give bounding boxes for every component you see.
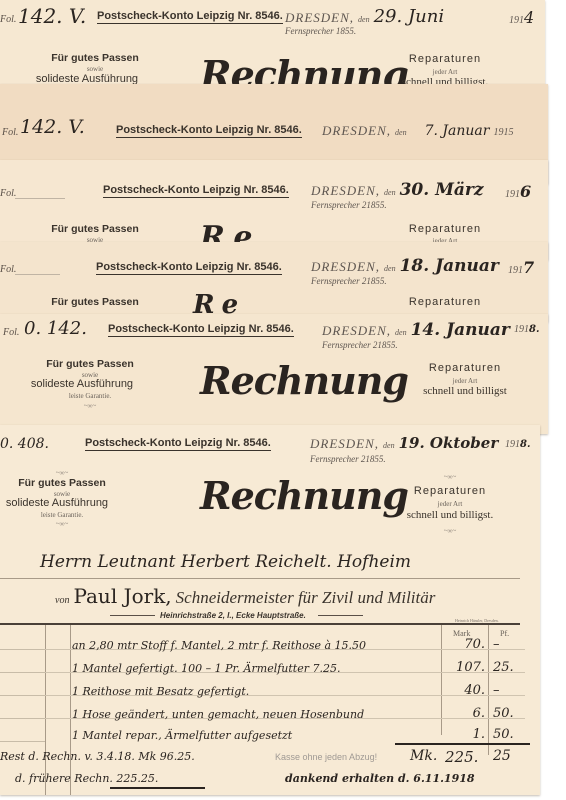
total-mark: 225. <box>445 748 478 766</box>
tagline-reparaturen: Reparaturen <box>380 296 510 308</box>
konto-header: Postscheck-Konto Leipzig Nr. 8546. <box>97 10 283 24</box>
year: 1916 <box>505 182 531 201</box>
konto-header: Postscheck-Konto Leipzig Nr. 8546. <box>116 124 302 138</box>
total-label: Mk. <box>410 748 437 764</box>
line-item-mark: 40. <box>455 683 485 698</box>
line-item-pf: – <box>493 683 500 698</box>
line-item-desc: 1 Mantel gefertigt. 100 – 1 Pr. Ärmelfut… <box>72 662 340 675</box>
tagline-reparaturen: Reparaturen <box>380 223 510 235</box>
tagline-passen: Für gutes Passen <box>30 52 160 64</box>
tagline-reparaturen: Reparaturen <box>400 362 530 374</box>
invoice-sheet-1918-january: Fol. 0. 142. Postscheck-Konto Leipzig Nr… <box>0 314 548 434</box>
line-item-mark: 1. <box>455 727 485 742</box>
handwritten-date: 18. Januar <box>400 256 499 276</box>
fol-label: Fol. <box>0 14 16 25</box>
ornament: ~∞~ <box>25 402 155 410</box>
tagline-schnell: schnell und billigst <box>400 385 530 397</box>
invoice-sheet-1914: Fol. 142. V. Postscheck-Konto Leipzig Nr… <box>0 0 545 96</box>
year: 1914 <box>509 8 534 27</box>
payment-terms-stamp: Kasse ohne jeden Abzug! <box>275 752 377 762</box>
handwritten-date: 30. März <box>400 180 484 200</box>
fol-label: Fol. <box>3 327 19 338</box>
tagline-garantie: leiste Garantie. <box>0 511 127 519</box>
year: 1917 <box>508 258 534 277</box>
tagline-passen: Für gutes Passen <box>30 223 160 235</box>
ornament: ~∞~ <box>385 473 515 481</box>
ornament: ~∞~ <box>0 469 127 477</box>
addressee: Herrn Leutnant Herbert Reichelt. Hofheim <box>40 552 411 572</box>
tagline-ausfuehrung: solideste Ausführung <box>17 378 147 390</box>
place-date-line: DRESDEN, den 19. Oktober <box>310 434 498 453</box>
merchant-line: von Paul Jork, Schneidermeister für Zivi… <box>55 584 435 608</box>
konto-header: Postscheck-Konto Leipzig Nr. 8546. <box>85 437 271 451</box>
tagline-passen: Für gutes Passen <box>30 296 160 308</box>
invoice-sheet-1917: Fol. Postscheck-Konto Leipzig Nr. 8546. … <box>0 242 548 322</box>
line-item-desc: 1 Hose geändert, unten gemacht, neuen Ho… <box>72 708 364 721</box>
tagline-reparaturen: Reparaturen <box>380 53 510 65</box>
line-item-pf: – <box>493 637 500 652</box>
telephone: Fernsprecher 21855. <box>310 454 386 464</box>
paid-receipt-note: dankend erhalten d. 6.11.1918 <box>285 772 475 785</box>
handwritten-date: 19. Oktober <box>399 434 499 452</box>
tagline-sowie: sowie <box>30 65 160 73</box>
place-date-line: DRESDEN, den 7. Januar 1915 <box>322 122 513 140</box>
merchant-trade: Schneidermeister für Zivil und Militär <box>176 588 436 607</box>
invoice-title: Rechnung <box>200 473 408 518</box>
invoice-title: Rechnung <box>200 358 408 403</box>
line-item-mark: 70. <box>455 637 485 652</box>
telephone: Fernsprecher 21855. <box>311 276 387 286</box>
year: 1918. <box>514 324 539 335</box>
tagline-garantie: leiste Garantie. <box>25 392 155 400</box>
line-item-pf: 50. <box>493 727 514 742</box>
tagline-reparaturen: Reparaturen <box>385 485 515 497</box>
telephone: Fernsprecher 1855. <box>285 26 356 36</box>
fol-number: 142. V. <box>20 116 85 138</box>
fol-number: 0. 408. <box>0 436 49 452</box>
konto-header: Postscheck-Konto Leipzig Nr. 8546. <box>103 184 289 198</box>
tagline-jeder-art: jeder Art <box>380 68 510 76</box>
tagline-jeder-art: jeder Art <box>400 377 530 385</box>
column-header-pf: Pf. <box>500 629 509 638</box>
tagline-schnell: schnell und billigst. <box>385 509 515 521</box>
invoice-sheet-1918-october: 0. 408. Postscheck-Konto Leipzig Nr. 854… <box>0 425 540 795</box>
handwritten-date: 29. Juni <box>374 6 445 27</box>
konto-header: Postscheck-Konto Leipzig Nr. 8546. <box>108 323 294 337</box>
merchant-name: Paul Jork, <box>73 584 171 608</box>
line-item-desc: 1 Reithose mit Besatz gefertigt. <box>72 685 249 698</box>
tagline-passen: Für gutes Passen <box>0 477 127 489</box>
telephone: Fernsprecher 21855. <box>322 340 398 350</box>
place-date-line: DRESDEN, den 14. Januar <box>322 320 510 340</box>
prior-invoice-note: d. frühere Rechn. 225.25. <box>15 772 158 785</box>
konto-header: Postscheck-Konto Leipzig Nr. 8546. <box>96 261 282 275</box>
line-item-desc: 1 Mantel repar., Ärmelfutter aufgesetzt <box>72 729 292 742</box>
handwritten-date: 14. Januar <box>411 320 510 340</box>
line-item-mark: 107. <box>450 660 485 675</box>
merchant-address: Heinrichstraße 2, I., Ecke Hauptstraße. <box>160 611 306 620</box>
year: 1918. <box>505 439 530 450</box>
place-date-line: DRESDEN, den 30. März <box>311 180 484 200</box>
line-item-desc: an 2,80 mtr Stoff f. Mantel, 2 mtr f. Re… <box>72 639 366 652</box>
fol-label: Fol. <box>0 188 16 199</box>
place-date-line: DRESDEN, den 29. Juni <box>285 6 444 27</box>
fol-label: Fol. <box>0 264 16 275</box>
handwritten-date: 7. Januar <box>425 123 490 139</box>
ornament: ~∞~ <box>385 527 515 535</box>
line-item-mark: 6. <box>455 706 485 721</box>
place-date-line: DRESDEN, den 18. Januar <box>311 256 499 276</box>
tagline-ausfuehrung: solideste Ausführung <box>0 497 122 509</box>
telephone: Fernsprecher 21855. <box>311 200 387 210</box>
previous-balance-note: Rest d. Rechn. v. 3.4.18. Mk 96.25. <box>0 750 195 763</box>
line-item-pf: 50. <box>493 706 514 721</box>
total-pf: 25 <box>493 748 511 764</box>
fol-number: 0. 142. <box>24 318 87 339</box>
fol-number: 142. V. <box>18 4 86 28</box>
fol-label: Fol. <box>2 127 18 138</box>
tagline-jeder-art: jeder Art <box>385 500 515 508</box>
ornament: ~∞~ <box>0 520 127 528</box>
tagline-passen: Für gutes Passen <box>25 358 155 370</box>
line-item-pf: 25. <box>493 660 514 675</box>
